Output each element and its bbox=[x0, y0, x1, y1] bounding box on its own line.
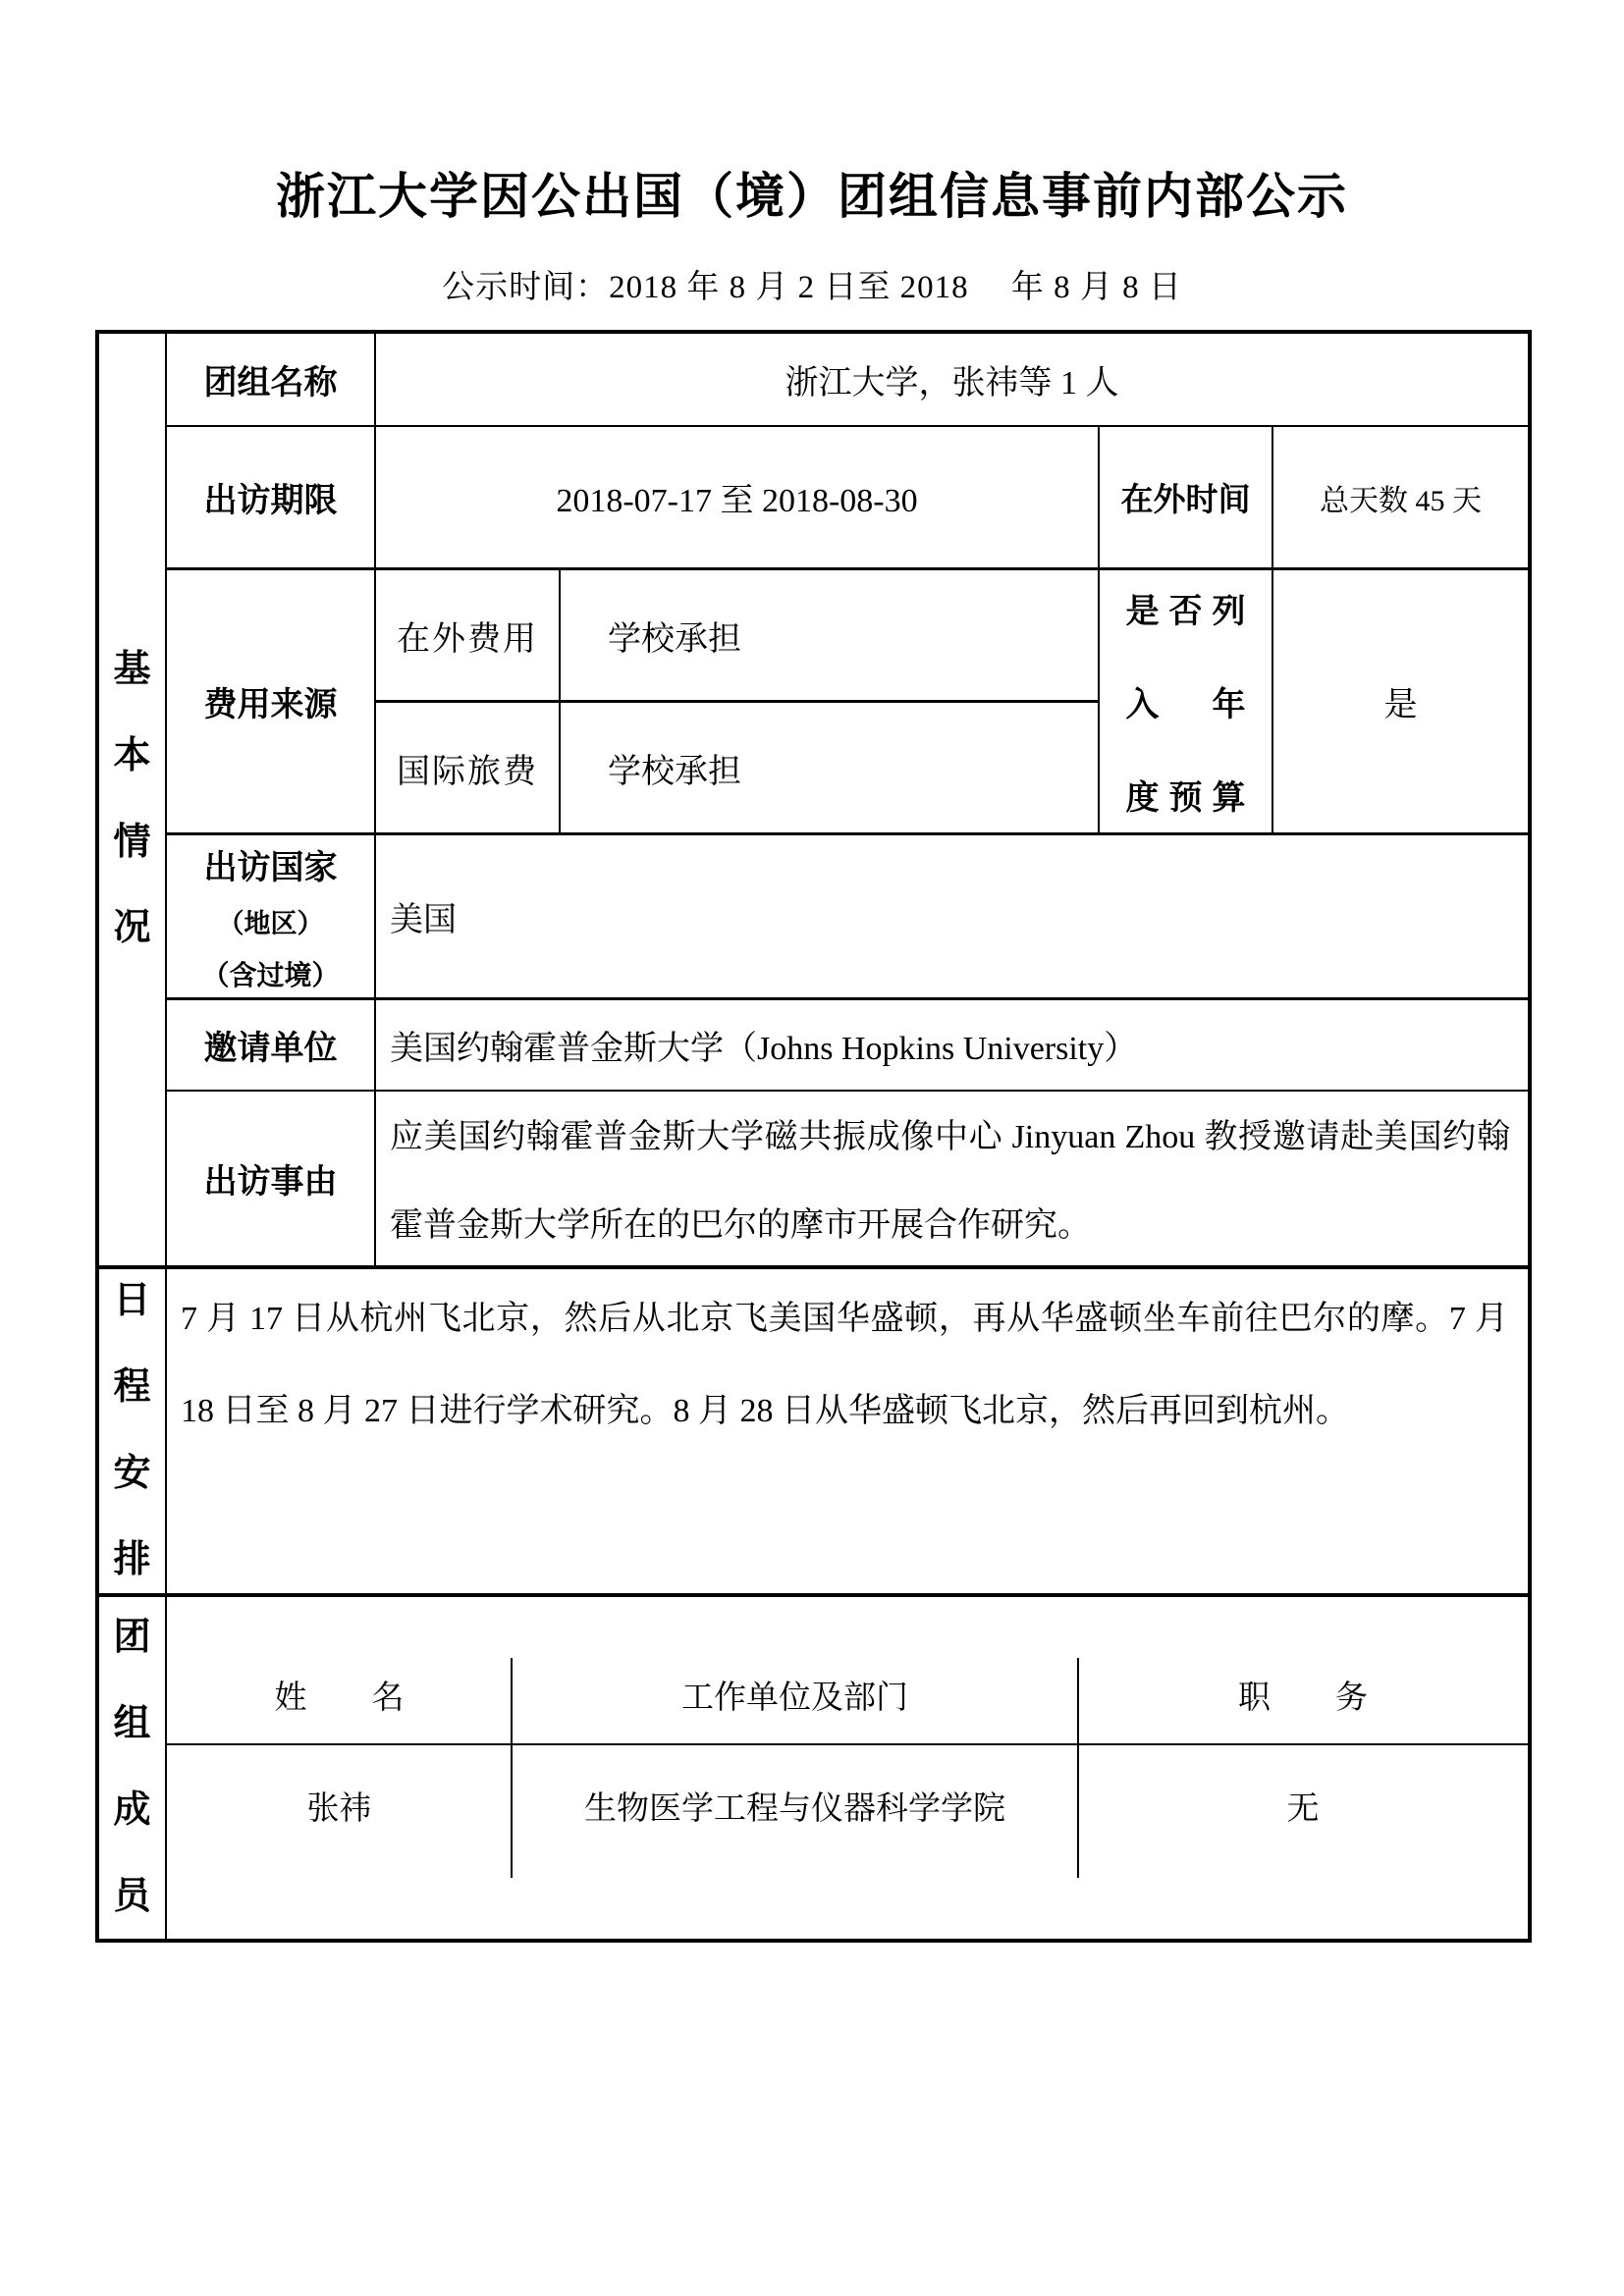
side-char: 成 bbox=[113, 1790, 150, 1832]
side-char: 基 bbox=[113, 650, 150, 691]
country-label-line1: 出访国家 bbox=[204, 840, 338, 888]
abroad-cost-value: 学校承担 bbox=[561, 570, 1098, 700]
side-char: 程 bbox=[113, 1367, 150, 1409]
info-table: 基 本 情 况 团组名称 浙江大学，张祎等 1 人 出访期限 2018-07-1… bbox=[95, 330, 1532, 1943]
inviting-unit-label: 邀请单位 bbox=[167, 1000, 376, 1090]
side-char: 本 bbox=[113, 736, 150, 777]
budget-label-line: 入年 bbox=[1126, 677, 1246, 725]
destination-country-label: 出访国家 （地区） （含过境） bbox=[167, 835, 376, 997]
intl-travel-label: 国际旅费 bbox=[376, 703, 561, 832]
row-inviting-unit: 邀请单位 美国约翰霍普金斯大学（Johns Hopkins University… bbox=[167, 997, 1528, 1090]
budget-included-label: 是否列 入年 度预算 bbox=[1100, 570, 1273, 832]
destination-country-value: 美国 bbox=[376, 835, 1528, 997]
members-header-name: 姓 名 bbox=[167, 1597, 512, 1743]
country-label-line3: （含过境） bbox=[201, 954, 339, 993]
side-char: 排 bbox=[113, 1540, 150, 1581]
publicity-period: 公示时间：2018 年 8 月 2 日至 2018 年 8 月 8 日 bbox=[0, 261, 1624, 307]
row-group-name: 团组名称 浙江大学，张祎等 1 人 bbox=[167, 334, 1528, 425]
document-page: 浙江大学因公出国（境）团组信息事前内部公示 公示时间：2018 年 8 月 2 … bbox=[0, 0, 1624, 2296]
section-itinerary: 日 程 安 排 7 月 17 日从杭州飞北京，然后从北京飞美国华盛顿，再从华盛顿… bbox=[99, 1265, 1528, 1593]
members-divider-horizontal bbox=[167, 1743, 1528, 1745]
side-char: 情 bbox=[113, 823, 150, 864]
members-header-unit: 工作单位及部门 bbox=[512, 1597, 1078, 1743]
side-char: 员 bbox=[113, 1877, 150, 1918]
funding-subtable: 在外费用 学校承担 国际旅费 学校承担 bbox=[376, 570, 1100, 832]
side-char: 组 bbox=[113, 1704, 150, 1745]
group-name-label: 团组名称 bbox=[167, 334, 376, 425]
budget-label-line: 度预算 bbox=[1126, 771, 1246, 819]
intl-travel-value: 学校承担 bbox=[561, 703, 1098, 832]
members-divider-vertical-1 bbox=[511, 1658, 513, 1878]
side-label-itinerary: 日 程 安 排 bbox=[99, 1269, 167, 1593]
visit-period-value: 2018-07-17 至 2018-08-30 bbox=[376, 427, 1100, 567]
side-char: 团 bbox=[113, 1618, 150, 1659]
funding-row-travel: 国际旅费 学校承担 bbox=[376, 700, 1098, 832]
group-name-value: 浙江大学，张祎等 1 人 bbox=[376, 334, 1528, 425]
member-title: 无 bbox=[1078, 1743, 1528, 1939]
total-days-value: 总天数 45 天 bbox=[1273, 427, 1528, 567]
side-label-members: 团 组 成 员 bbox=[99, 1597, 167, 1939]
members-table: 姓 名 工作单位及部门 职 务 张祎 生物医学工程与仪器科学学院 无 bbox=[167, 1597, 1528, 1939]
funding-source-label: 费用来源 bbox=[167, 570, 376, 832]
country-label-line2: （地区） bbox=[218, 902, 324, 940]
members-divider-vertical-2 bbox=[1077, 1658, 1079, 1878]
funding-row-abroad: 在外费用 学校承担 bbox=[376, 570, 1098, 700]
budget-included-value: 是 bbox=[1273, 570, 1528, 832]
side-char: 日 bbox=[113, 1281, 150, 1322]
side-label-basic-info: 基 本 情 况 bbox=[99, 334, 167, 1265]
row-destination-country: 出访国家 （地区） （含过境） 美国 bbox=[167, 832, 1528, 997]
members-header-title: 职 务 bbox=[1078, 1597, 1528, 1743]
page-title: 浙江大学因公出国（境）团组信息事前内部公示 bbox=[0, 157, 1624, 228]
members-header-row: 姓 名 工作单位及部门 职 务 bbox=[167, 1597, 1528, 1743]
member-name: 张祎 bbox=[167, 1743, 512, 1939]
visit-reason-label: 出访事由 bbox=[167, 1092, 376, 1265]
inviting-unit-value: 美国约翰霍普金斯大学（Johns Hopkins University） bbox=[376, 1000, 1528, 1090]
row-visit-reason: 出访事由 应美国约翰霍普金斯大学磁共振成像中心 Jinyuan Zhou 教授邀… bbox=[167, 1090, 1528, 1265]
section-members: 团 组 成 员 姓 名 工作单位及部门 职 务 张祎 生物医学工程与仪器科学学院… bbox=[99, 1593, 1528, 1939]
abroad-time-label: 在外时间 bbox=[1100, 427, 1273, 567]
member-unit: 生物医学工程与仪器科学学院 bbox=[512, 1743, 1078, 1939]
side-char: 安 bbox=[113, 1454, 150, 1495]
basic-rows: 团组名称 浙江大学，张祎等 1 人 出访期限 2018-07-17 至 2018… bbox=[167, 334, 1528, 1265]
visit-period-label: 出访期限 bbox=[167, 427, 376, 567]
members-data-row: 张祎 生物医学工程与仪器科学学院 无 bbox=[167, 1743, 1528, 1939]
row-visit-period: 出访期限 2018-07-17 至 2018-08-30 在外时间 总天数 45… bbox=[167, 425, 1528, 567]
section-basic-info: 基 本 情 况 团组名称 浙江大学，张祎等 1 人 出访期限 2018-07-1… bbox=[99, 334, 1528, 1265]
abroad-cost-label: 在外费用 bbox=[376, 570, 561, 700]
side-char: 况 bbox=[113, 908, 150, 949]
row-funding-source: 费用来源 在外费用 学校承担 国际旅费 学校承担 是否列 入年 bbox=[167, 567, 1528, 832]
budget-label-line: 是否列 bbox=[1126, 584, 1246, 632]
itinerary-text: 7 月 17 日从杭州飞北京，然后从北京飞美国华盛顿，再从华盛顿坐车前往巴尔的摩… bbox=[167, 1269, 1528, 1593]
visit-reason-value: 应美国约翰霍普金斯大学磁共振成像中心 Jinyuan Zhou 教授邀请赴美国约… bbox=[376, 1092, 1528, 1265]
